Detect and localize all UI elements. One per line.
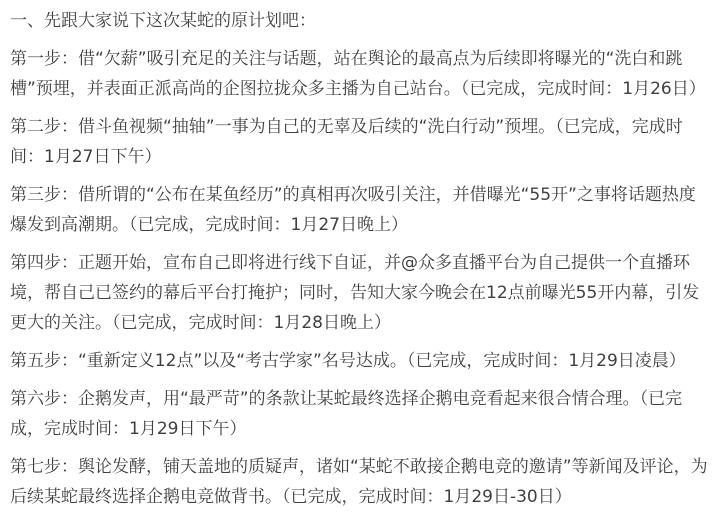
step-paragraph-2: 第二步：借斗鱼视频“抽轴”一事为自己的无辜及后续的“洗白行动”预埋。（已完成，完… xyxy=(10,112,708,172)
step-paragraph-4: 第四步：正题开始，宣布自己即将进行线下自证，并@众多直播平台为自己提供一个直播环… xyxy=(10,248,708,338)
article-page: 一、先跟大家说下这次某蛇的原计划吧： 第一步：借“欠薪”吸引充足的关注与话题，站… xyxy=(0,0,722,522)
step-paragraph-1: 第一步：借“欠薪”吸引充足的关注与话题，站在舆论的最高点为后续即将曝光的“洗白和… xyxy=(10,44,708,104)
step-paragraph-7: 第七步：舆论发酵，铺天盖地的质疑声，诸如“某蛇不敢接企鹅电竞的邀请”等新闻及评论… xyxy=(10,452,708,512)
step-paragraph-5: 第五步：“重新定义12点”以及“考古学家”名号达成。（已完成，完成时间：1月29… xyxy=(10,346,708,376)
step-paragraph-3: 第三步：借所谓的“公布在某鱼经历”的真相再次吸引关注，并借曝光“55开”之事将话… xyxy=(10,180,708,240)
article-title: 一、先跟大家说下这次某蛇的原计划吧： xyxy=(10,6,708,36)
step-paragraph-6: 第六步：企鹅发声，用“最严苛”的条款让某蛇最终选择企鹅电竞看起来很合情合理。（已… xyxy=(10,384,708,444)
